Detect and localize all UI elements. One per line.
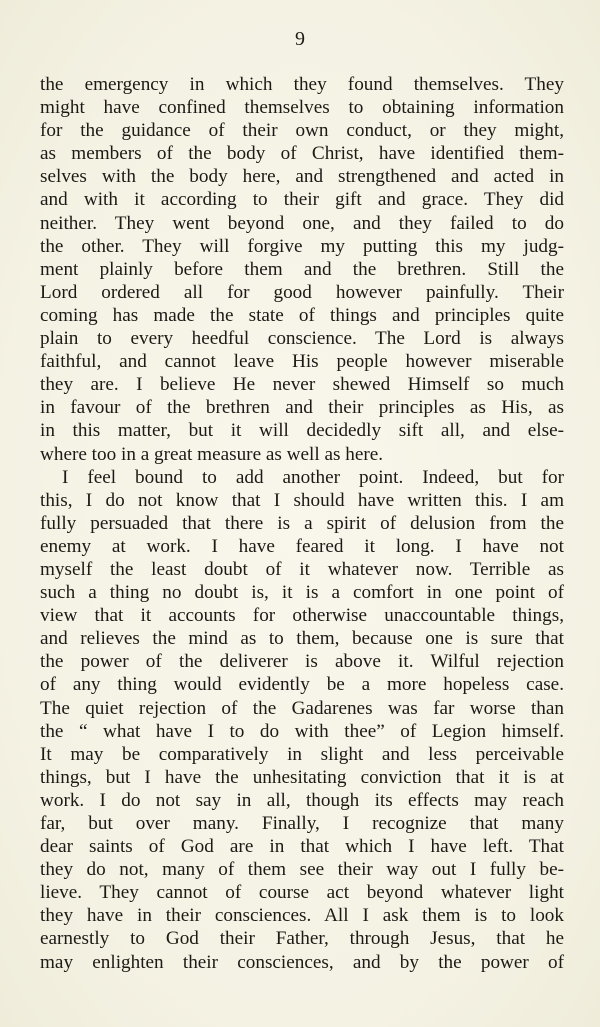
text-line: this, I do not know that I should have w…	[40, 489, 564, 512]
paragraph-start-line: I feel bound to add another point. Indee…	[40, 466, 564, 489]
text-line: may enlighten their consciences, and by …	[40, 951, 564, 974]
text-line: they do not, many of them see their way …	[40, 858, 564, 881]
book-page: 9 the emergency in which they found them…	[0, 0, 600, 1027]
text-line: the “ what have I to do with thee” of Le…	[40, 720, 564, 743]
text-line: for the guidance of their own conduct, o…	[40, 119, 564, 142]
text-line: work. I do not say in all, though its ef…	[40, 789, 564, 812]
text-line: they have in their consciences. All I as…	[40, 904, 564, 927]
text-line: plain to every heedful conscience. The L…	[40, 327, 564, 350]
text-line: as members of the body of Christ, have i…	[40, 142, 564, 165]
body-text: the emergency in which they found themse…	[40, 73, 564, 974]
text-line: lieve. They cannot of course act beyond …	[40, 881, 564, 904]
text-line: earnestly to God their Father, through J…	[40, 927, 564, 950]
text-line: the emergency in which they found themse…	[40, 73, 564, 96]
text-line: ment plainly before them and the brethre…	[40, 258, 564, 281]
text-line: such a thing no doubt is, it is a comfor…	[40, 581, 564, 604]
text-line: in favour of the brethren and their prin…	[40, 396, 564, 419]
text-line: far, but over many. Finally, I recognize…	[40, 812, 564, 835]
text-line: they are. I believe He never shewed Hims…	[40, 373, 564, 396]
text-line: coming has made the state of things and …	[40, 304, 564, 327]
text-line: and relieves the mind as to them, becaus…	[40, 627, 564, 650]
text-line: enemy at work. I have feared it long. I …	[40, 535, 564, 558]
text-line: might have confined themselves to obtain…	[40, 96, 564, 119]
text-line: view that it accounts for otherwise unac…	[40, 604, 564, 627]
text-line: and with it according to their gift and …	[40, 188, 564, 211]
text-line: the power of the deliverer is above it. …	[40, 650, 564, 673]
text-line: the other. They will forgive my putting …	[40, 235, 564, 258]
text-line: myself the least doubt of it whatever no…	[40, 558, 564, 581]
text-line: dear saints of God are in that which I h…	[40, 835, 564, 858]
text-line: It may be comparatively in slight and le…	[40, 743, 564, 766]
text-line: The quiet rejection of the Gadarenes was…	[40, 697, 564, 720]
text-line: of any thing would evidently be a more h…	[40, 673, 564, 696]
text-line: things, but I have the unhesitating conv…	[40, 766, 564, 789]
text-line: in this matter, but it will decidedly si…	[40, 419, 564, 442]
text-line: neither. They went beyond one, and they …	[40, 212, 564, 235]
text-line: selves with the body here, and strengthe…	[40, 165, 564, 188]
text-line: fully persuaded that there is a spirit o…	[40, 512, 564, 535]
page-number: 9	[0, 28, 600, 51]
text-line: faithful, and cannot leave His people ho…	[40, 350, 564, 373]
paragraph-end-line: where too in a great measure as well as …	[40, 443, 564, 466]
text-line: Lord ordered all for good however painfu…	[40, 281, 564, 304]
